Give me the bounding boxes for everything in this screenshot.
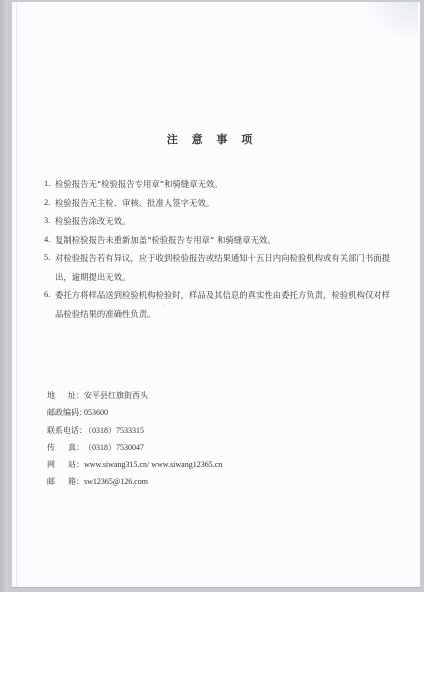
label-part: 邮 [47,473,55,490]
contact-info: 地 址： 安平县红旗街西头 邮政编码： 053600 联系电话： （0318）7… [47,387,222,491]
note-item: 2. 检验报告无主检、审核、批准人签字无效。 [44,194,394,213]
contact-label: 邮 箱： [47,473,84,490]
label-part: 邮政编码： [47,404,87,421]
corner-shadow [358,2,418,42]
label-part: 箱： [68,473,84,490]
notes-list: 1. 检验报告无“检验报告专用章”和骑缝章无效。 2. 检验报告无主检、审核、批… [44,175,394,323]
note-item: 6. 委托方将样品送到检验机构检验时，样品及其信息的真实性由委托方负责，检验机构… [44,286,394,323]
label-part: 网 [47,456,55,473]
contact-label: 邮政编码： [47,404,84,421]
contact-value: （0318）7530047 [84,439,144,456]
note-text: 复制检验报告未重新加盖“检验报告专用章” 和骑缝章无效。 [55,231,394,250]
note-number: 4. [44,231,55,250]
contact-value: www.siwang315.cn/ www.siwang12365.cn [84,456,222,473]
label-part: 地 [47,387,55,404]
note-number: 2. [44,194,55,213]
contact-label: 网 站： [47,456,84,473]
note-text: 对检验报告若有异议，应于收到检验报告或结果通知十五日内向检验机构或有关部门书面提… [55,249,394,286]
note-number: 3. [44,212,55,231]
note-text: 委托方将样品送到检验机构检验时，样品及其信息的真实性由委托方负责，检验机构仅对样… [55,286,394,323]
note-text: 检验报告涂改无效。 [55,212,394,231]
contact-label: 传 真： [47,439,84,456]
contact-phone: 联系电话： （0318）7533315 [47,422,222,439]
note-number: 6. [44,286,55,305]
contact-address: 地 址： 安平县红旗街西头 [47,387,222,404]
contact-email: 邮 箱： sw12365@126.com [47,473,222,490]
contact-value: 安平县红旗街西头 [84,387,148,404]
contact-value: （0318）7533315 [84,422,144,439]
label-part: 传 [47,439,55,456]
note-item: 3. 检验报告涂改无效。 [44,212,394,231]
contact-fax: 传 真： （0318）7530047 [47,439,222,456]
contact-value: 053600 [84,404,108,421]
label-part: 真： [68,439,84,456]
scan-speck [164,305,165,306]
note-item: 1. 检验报告无“检验报告专用章”和骑缝章无效。 [44,175,394,194]
label-part: 站： [68,456,84,473]
contact-label: 联系电话： [47,422,84,439]
note-number: 5. [44,249,55,268]
note-number: 1. [44,175,55,194]
note-item: 5. 对检验报告若有异议，应于收到检验报告或结果通知十五日内向检验机构或有关部门… [44,249,394,286]
contact-value: sw12365@126.com [84,473,148,490]
note-text: 检验报告无主检、审核、批准人签字无效。 [55,194,394,213]
contact-label: 地 址： [47,387,84,404]
scan-left-shadow [0,0,8,592]
label-part: 联系电话： [47,422,87,439]
note-item: 4. 复制检验报告未重新加盖“检验报告专用章” 和骑缝章无效。 [44,231,394,250]
paper-edge [16,2,17,587]
note-text: 检验报告无“检验报告专用章”和骑缝章无效。 [55,175,394,194]
contact-website: 网 站： www.siwang315.cn/ www.siwang12365.c… [47,456,222,473]
label-part: 址： [68,387,84,404]
contact-postcode: 邮政编码： 053600 [47,404,222,421]
page-title: 注 意 事 项 [0,131,424,147]
